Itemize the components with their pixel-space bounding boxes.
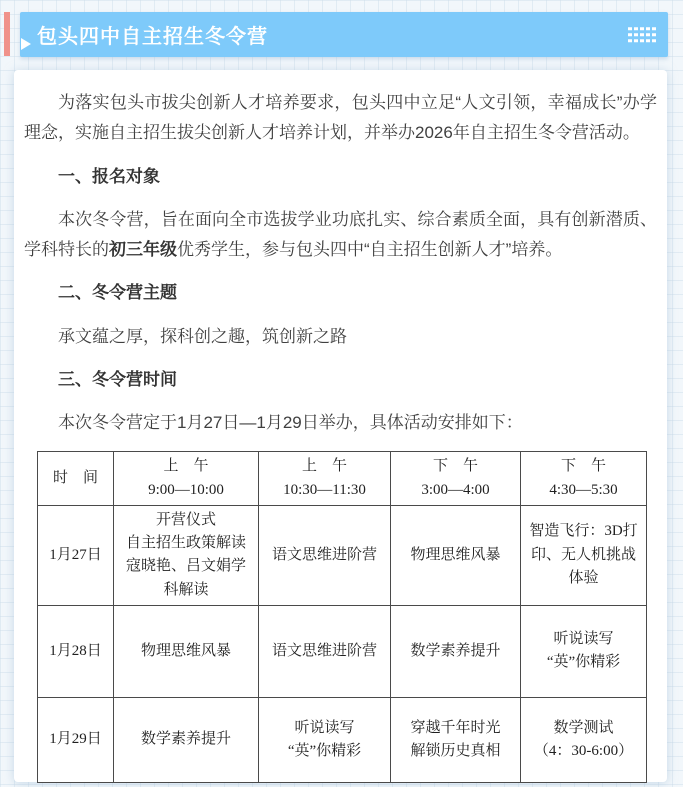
table-cell: 开营仪式 自主招生政策解读 寇晓艳、吕文娟学科解读	[114, 505, 259, 605]
table-cell: 穿越千年时光 解锁历史真相	[391, 697, 521, 782]
table-cell: 语文思维进阶营	[259, 605, 391, 697]
table-header-cell: 时 间	[38, 452, 114, 506]
table-row: 1月28日 物理思维风暴 语文思维进阶营 数学素养提升 听说读写 “英”你精彩	[38, 605, 647, 697]
enrollment-paragraph: 本次冬令营，旨在面向全市选拔学业功底扎实、综合素质全面，具有创新潜质、学科特长的…	[24, 205, 657, 266]
table-cell: 智造飞行：3D打印、无人机挑战体验	[521, 505, 647, 605]
table-header-cell: 上 午 9:00—10:00	[114, 452, 259, 506]
table-row: 1月27日 开营仪式 自主招生政策解读 寇晓艳、吕文娟学科解读 语文思维进阶营 …	[38, 505, 647, 605]
table-cell: 物理思维风暴	[391, 505, 521, 605]
table-cell-date: 1月28日	[38, 605, 114, 697]
table-cell: 语文思维进阶营	[259, 505, 391, 605]
schedule-intro-paragraph: 本次冬令营定于1月27日—1月29日举办，具体活动安排如下：	[24, 408, 657, 438]
theme-paragraph: 承文蕴之厚，探科创之趣，筑创新之路	[24, 322, 657, 352]
table-header-row: 时 间 上 午 9:00—10:00 上 午 10:30—11:30 下 午 3…	[38, 452, 647, 506]
arrow-right-icon	[21, 38, 31, 50]
header-title-bar: 包头四中自主招生冬令营	[20, 12, 668, 57]
enrollment-text-bold: 初三年级	[109, 240, 177, 259]
section-heading-2: 二、冬令营主题	[24, 278, 657, 308]
page-title: 包头四中自主招生冬令营	[37, 20, 268, 49]
grid-dots-icon	[628, 27, 656, 43]
intro-paragraph: 为落实包头市拔尖创新人才培养要求，包头四中立足“人文引领，幸福成长”办学理念，实…	[24, 88, 657, 149]
table-header-cell: 下 午 4:30—5:30	[521, 452, 647, 506]
section-heading-3: 三、冬令营时间	[24, 365, 657, 395]
table-header-cell: 上 午 10:30—11:30	[259, 452, 391, 506]
table-header-cell: 下 午 3:00—4:00	[391, 452, 521, 506]
schedule-table: 时 间 上 午 9:00—10:00 上 午 10:30—11:30 下 午 3…	[37, 451, 647, 783]
table-cell: 数学素养提升	[114, 697, 259, 782]
table-row: 1月29日 数学素养提升 听说读写 “英”你精彩 穿越千年时光 解锁历史真相 数…	[38, 697, 647, 782]
section-heading-1: 一、报名对象	[24, 162, 657, 192]
table-cell: 听说读写 “英”你精彩	[259, 697, 391, 782]
header-accent-bar	[4, 12, 10, 56]
table-cell-date: 1月27日	[38, 505, 114, 605]
table-cell: 物理思维风暴	[114, 605, 259, 697]
table-cell: 听说读写 “英”你精彩	[521, 605, 647, 697]
table-cell: 数学测试 （4：30-6:00）	[521, 697, 647, 782]
enrollment-text-after: 优秀学生，参与包头四中“自主招生创新人才”培养。	[177, 240, 562, 259]
article-card: 为落实包头市拔尖创新人才培养要求，包头四中立足“人文引领，幸福成长”办学理念，实…	[14, 70, 667, 782]
page-background: { "header": { "title": "包头四中自主招生冬令营", "b…	[0, 0, 683, 787]
table-cell: 数学素养提升	[391, 605, 521, 697]
article-header: 包头四中自主招生冬令营	[0, 0, 683, 57]
table-cell-date: 1月29日	[38, 697, 114, 782]
